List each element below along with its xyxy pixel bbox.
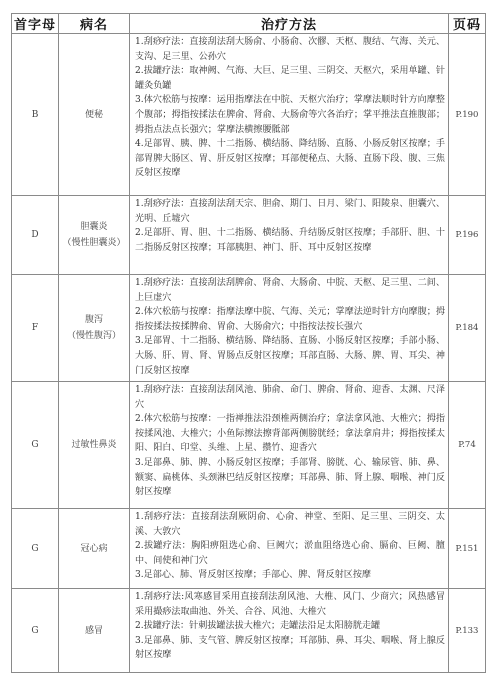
table-row: D 胆囊炎 （慢性胆囊炎） 1.刮痧疗法：直接刮法刮天宗、胆俞、期门、日月、梁门… — [12, 196, 486, 275]
initial-letter: B — [12, 34, 59, 196]
treatment-item: 2.体穴松筋与按摩：一指禅推法沿颈椎两侧治疗；拿法拿风池、大椎穴；拇指按揉风池、… — [135, 412, 445, 456]
initial-letter: G — [12, 382, 59, 509]
disease-name: 过敏性鼻炎 — [59, 382, 130, 509]
disease-name-main: 过敏性鼻炎 — [71, 440, 116, 450]
table-row: B 便秘 1.刮痧疗法：直接刮法刮大肠俞、小肠俞、次髎、天枢、腹结、气海、关元、… — [12, 34, 486, 196]
table-row: G 冠心病 1.刮痧疗法：直接刮法刮厥阴俞、心俞、神堂、至阳、足三里、三阴交、太… — [12, 509, 486, 589]
treatment-cell: 1.刮痧疗法：直接刮法刮天宗、胆俞、期门、日月、梁门、阳陵泉、胆囊穴、光明、丘墟… — [130, 196, 449, 275]
disease-name-sub: （慢性腹泻） — [59, 328, 129, 344]
treatment-item: 3.足部鼻、肺、支气管、脾反射区按摩；耳部肺、鼻、耳尖、咽喉、肾上腺反射区按摩 — [135, 634, 445, 663]
page-number: P.151 — [449, 509, 486, 589]
disease-name: 便秘 — [59, 34, 130, 196]
treatment-cell: 1.刮痧疗法：直接刮法刮厥阴俞、心俞、神堂、至阳、足三里、三阴交、太溪、大敦穴 … — [130, 509, 449, 589]
header-disease-name: 病名 — [59, 14, 130, 34]
treatment-item: 3.足部心、肺、肾反射区按摩；手部心、脾、肾反射区按摩 — [135, 568, 445, 583]
treatment-item: 2.体穴松筋与按摩：指摩法摩中脘、气海、关元；掌摩法逆时针方向摩腹；拇指按揉法按… — [135, 305, 445, 334]
initial-letter: D — [12, 196, 59, 275]
treatment-item: 2.拔罐疗法：取神阙、气海、大巨、足三里、三阴交、天枢穴，采用单罐、针罐灸负罐 — [135, 64, 445, 93]
disease-name-main: 便秘 — [85, 110, 103, 120]
table-row: F 腹泻 （慢性腹泻） 1.刮痧疗法：直接刮法刮脾俞、肾俞、大肠俞、中脘、天枢、… — [12, 275, 486, 382]
disease-name: 感冒 — [59, 589, 130, 673]
treatment-item: 3.足部鼻、肺、脾、小肠反射区按摩；手部肾、膀胱、心、输尿管、肺、鼻、额窦、扁桃… — [135, 456, 445, 500]
treatment-cell: 1.刮痧疗法：直接刮法刮脾俞、肾俞、大肠俞、中脘、天枢、足三里、二间、上巨虚穴 … — [130, 275, 449, 382]
header-page: 页码 — [449, 14, 486, 34]
treatment-table: 首字母 病名 治疗方法 页码 B 便秘 1.刮痧疗法：直接刮法刮大肠俞、小肠俞、… — [11, 13, 486, 673]
treatment-cell: 1.刮痧疗法：直接刮法刮大肠俞、小肠俞、次髎、天枢、腹结、气海、关元、支沟、足三… — [130, 34, 449, 196]
initial-letter: F — [12, 275, 59, 382]
disease-name-main: 胆囊炎 — [59, 219, 129, 235]
treatment-item: 3.足部胃、十二指肠、横结肠、降结肠、直肠、小肠反射区按摩；手部小肠、大肠、肝、… — [135, 334, 445, 378]
treatment-item: 2.足部肝、胃、胆、十二指肠、横结肠、升结肠反射区按摩；手部肝、胆、十二指肠反射… — [135, 226, 445, 255]
page-number: P.196 — [449, 196, 486, 275]
disease-name: 腹泻 （慢性腹泻） — [59, 275, 130, 382]
treatment-item: 1.刮痧疗法:风寒感冒采用直接刮法刮风池、大椎、风门、少商穴；风热感冒采用撮痧法… — [135, 590, 445, 619]
treatment-cell: 1.刮痧疗法:风寒感冒采用直接刮法刮风池、大椎、风门、少商穴；风热感冒采用撮痧法… — [130, 589, 449, 673]
treatment-cell: 1.刮痧疗法：直接刮法刮风池、肺俞、命门、脾俞、肾俞、迎香、太渊、尺泽穴 2.体… — [130, 382, 449, 509]
treatment-item: 1.刮痧疗法：直接刮法刮风池、肺俞、命门、脾俞、肾俞、迎香、太渊、尺泽穴 — [135, 383, 445, 412]
disease-name-sub: （慢性胆囊炎） — [59, 235, 129, 251]
treatment-item: 4.足部胃、胰、脾、十二指肠、横结肠、降结肠、直肠、小肠反射区按摩；手部胃脾大肠… — [135, 137, 445, 181]
treatment-item: 1.刮痧疗法：直接刮法刮天宗、胆俞、期门、日月、梁门、阳陵泉、胆囊穴、光明、丘墟… — [135, 197, 445, 226]
initial-letter: G — [12, 509, 59, 589]
disease-name: 胆囊炎 （慢性胆囊炎） — [59, 196, 130, 275]
treatment-item: 1.刮痧疗法：直接刮法刮脾俞、肾俞、大肠俞、中脘、天枢、足三里、二间、上巨虚穴 — [135, 276, 445, 305]
table-header-row: 首字母 病名 治疗方法 页码 — [12, 14, 486, 34]
page-number: P.133 — [449, 589, 486, 673]
initial-letter: G — [12, 589, 59, 673]
table-row: G 感冒 1.刮痧疗法:风寒感冒采用直接刮法刮风池、大椎、风门、少商穴；风热感冒… — [12, 589, 486, 673]
treatment-item: 2.拔罐疗法：针刺拔罐法拔大椎穴；走罐法沿足太阳膀胱走罐 — [135, 619, 445, 634]
disease-name-main: 腹泻 — [59, 312, 129, 328]
header-initial: 首字母 — [12, 14, 59, 34]
header-treatment: 治疗方法 — [130, 14, 449, 34]
page-number: P.184 — [449, 275, 486, 382]
disease-name-main: 感冒 — [85, 626, 103, 636]
disease-name-main: 冠心病 — [80, 544, 107, 554]
treatment-item: 1.刮痧疗法：直接刮法刮厥阴俞、心俞、神堂、至阳、足三里、三阴交、太溪、大敦穴 — [135, 510, 445, 539]
table-row: G 过敏性鼻炎 1.刮痧疗法：直接刮法刮风池、肺俞、命门、脾俞、肾俞、迎香、太渊… — [12, 382, 486, 509]
page-number: P.74 — [449, 382, 486, 509]
treatment-item: 2.拔罐疗法：胸阳痹阻选心俞、巨阙穴；淤血阻络选心俞、膈俞、巨阙、膻中、间使和神… — [135, 539, 445, 568]
treatment-item: 3.体穴松筋与按摩：运用指摩法在中脘、天枢穴治疗；掌摩法顺时针方向摩整个腹部；拇… — [135, 93, 445, 137]
disease-name: 冠心病 — [59, 509, 130, 589]
treatment-item: 1.刮痧疗法：直接刮法刮大肠俞、小肠俞、次髎、天枢、腹结、气海、关元、支沟、足三… — [135, 35, 445, 64]
page-number: P.190 — [449, 34, 486, 196]
